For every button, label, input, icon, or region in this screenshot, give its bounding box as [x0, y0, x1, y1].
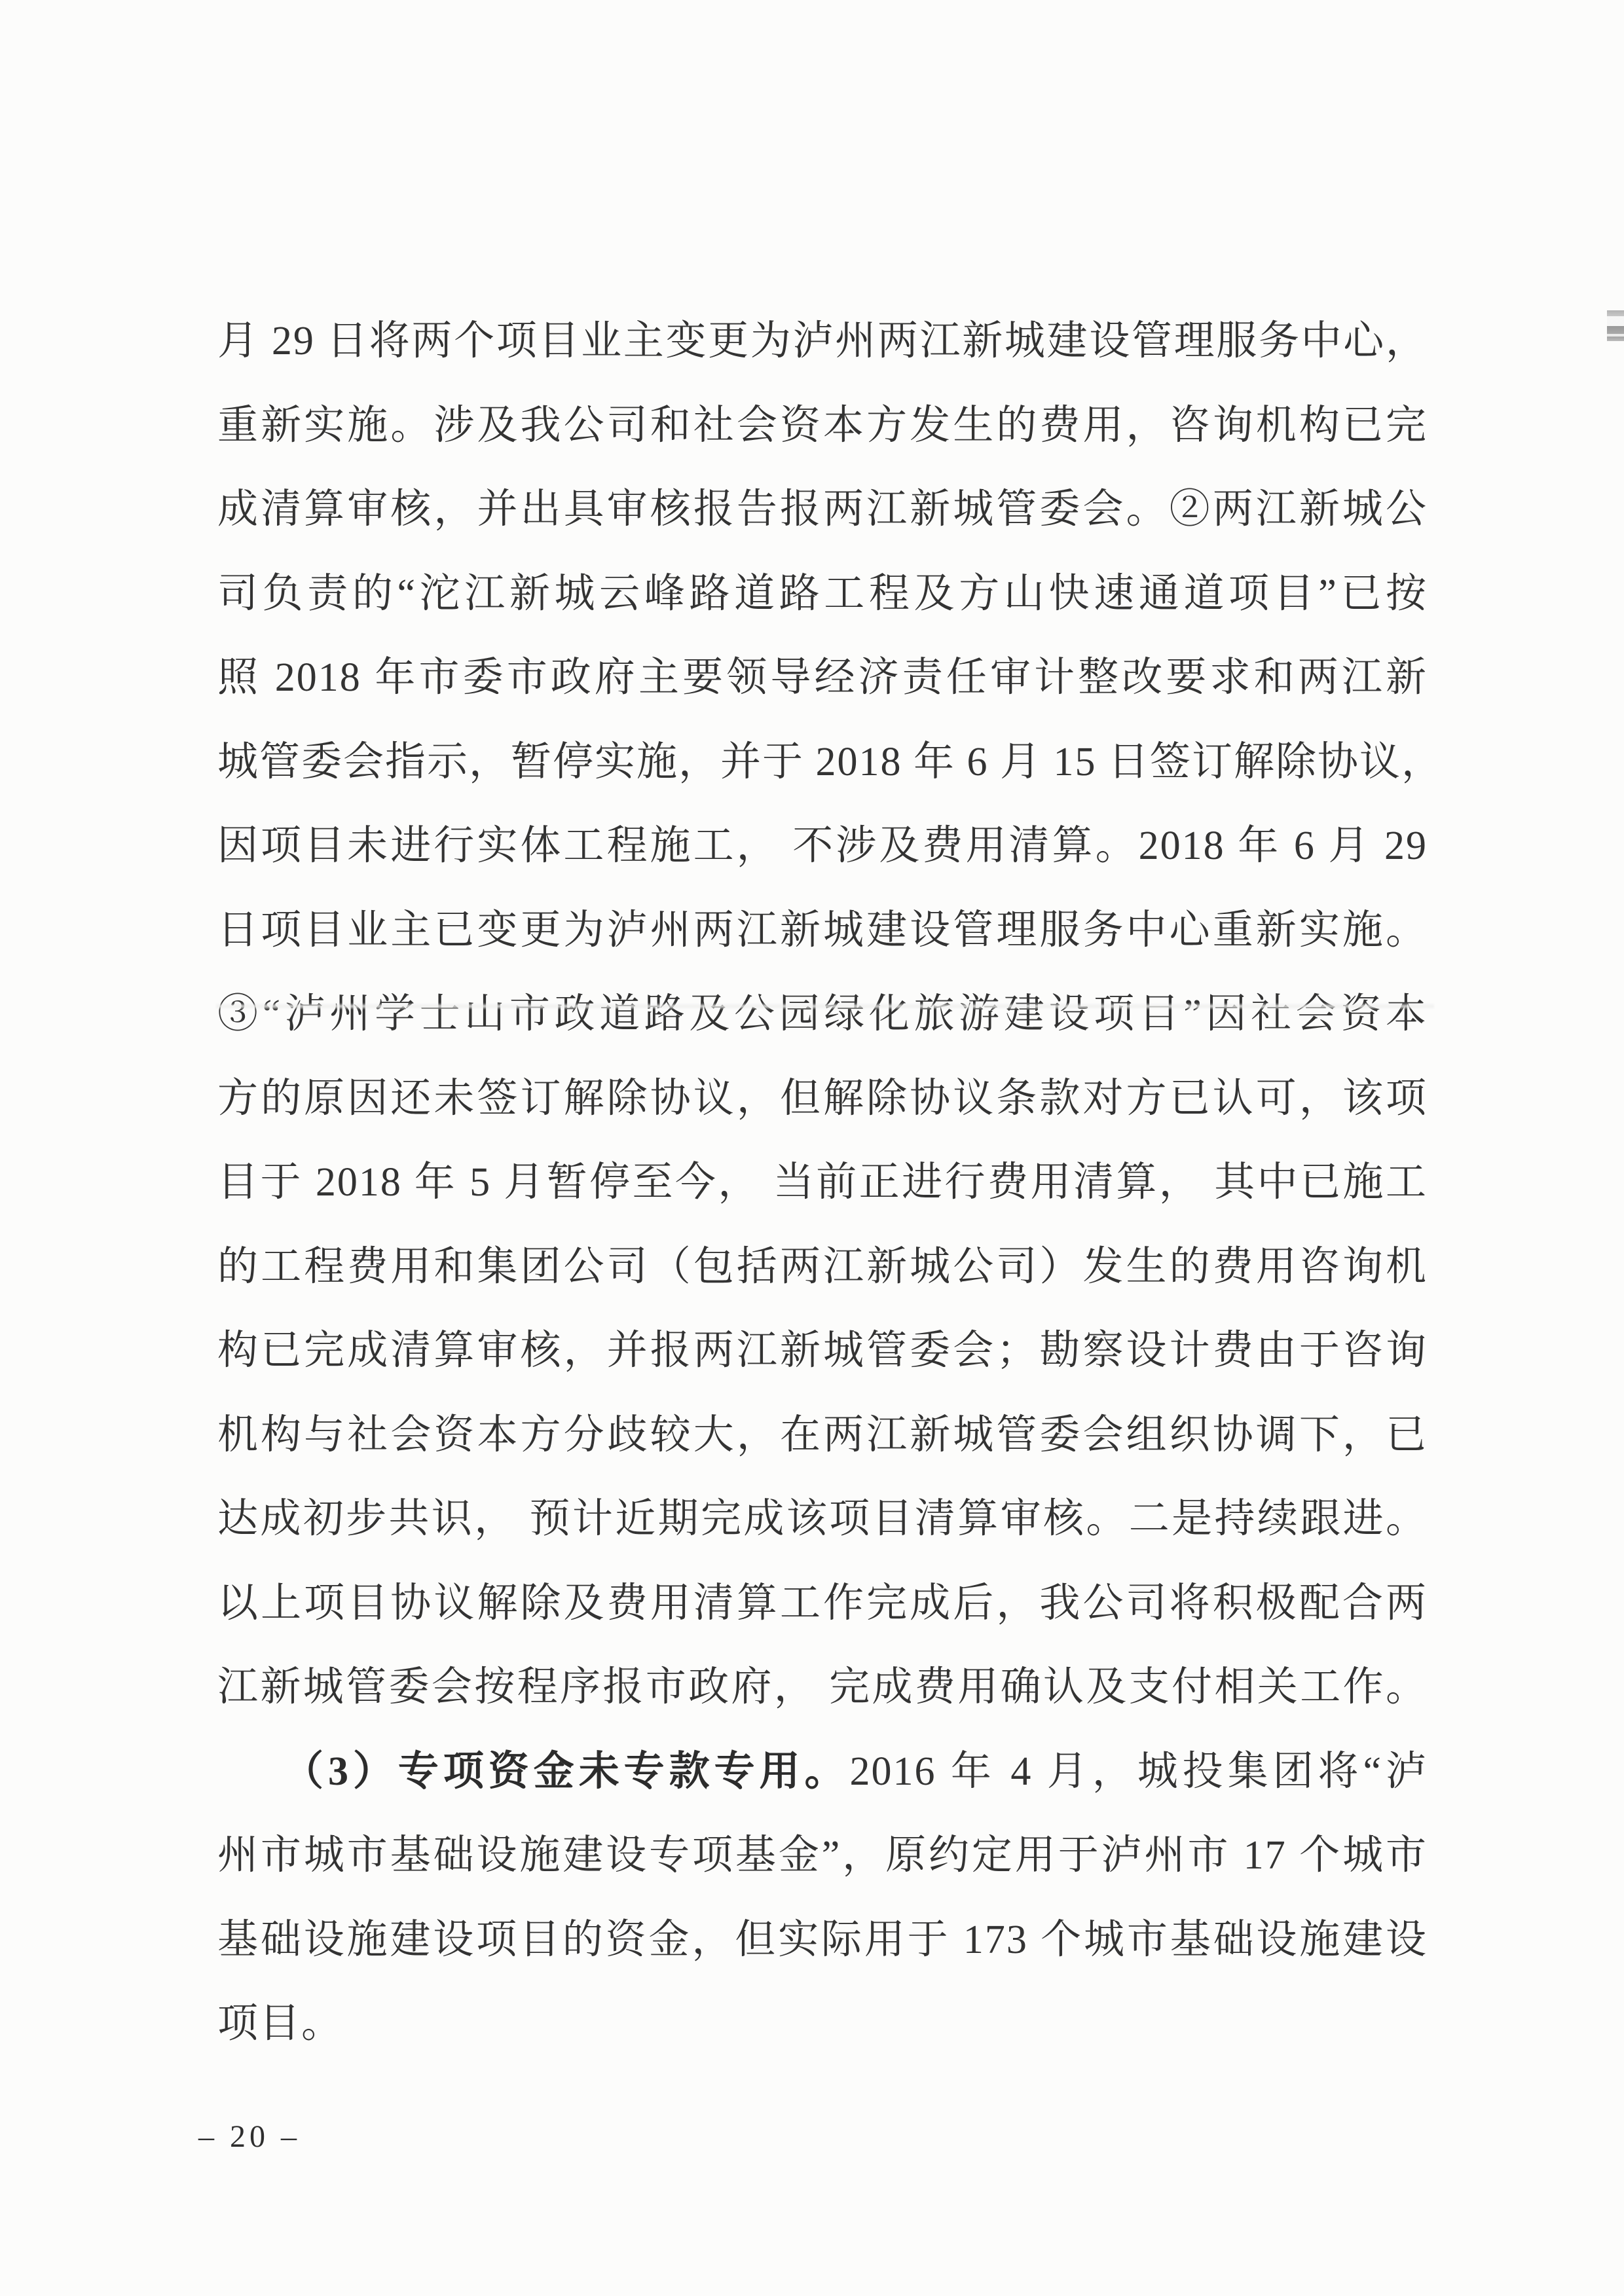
- text-line: ③“泸州学士山市政道路及公园绿化旅游建设项目”因社会资本: [217, 972, 1428, 1057]
- line-text: 州市城市基础设施建设专项基金”，原约定用于泸州市 17 个城市: [217, 1833, 1428, 1878]
- line-text: 司负责的“沱江新城云峰路道路工程及方山快速通道项目”已按: [217, 572, 1428, 616]
- text-line: 城管委会指示，暂停实施，并于 2018 年 6 月 15 日签订解除协议，: [217, 720, 1428, 805]
- text-line: 州市城市基础设施建设专项基金”，原约定用于泸州市 17 个城市: [217, 1813, 1428, 1898]
- text-line: 构已完成清算审核，并报两江新城管委会；勘察设计费由于咨询: [217, 1309, 1428, 1393]
- scanner-smudge-icon: [1607, 310, 1624, 344]
- line-text: 项目。: [217, 2001, 343, 2046]
- line-text: 机构与社会资本方分歧较大，在两江新城管委会组织协调下，已: [217, 1413, 1428, 1457]
- text-line: 机构与社会资本方分歧较大，在两江新城管委会组织协调下，已: [217, 1393, 1428, 1478]
- line-text: 照 2018 年市委市政府主要领导经济责任审计整改要求和两江新: [217, 655, 1428, 700]
- text-line: （3）专项资金未专款专用。2016 年 4 月，城投集团将“泸: [217, 1730, 1428, 1814]
- text-line: 因项目未进行实体工程施工， 不涉及费用清算。2018 年 6 月 29: [217, 804, 1428, 888]
- line-text: 因项目未进行实体工程施工， 不涉及费用清算。2018 年 6 月 29: [217, 824, 1428, 868]
- text-line: 照 2018 年市委市政府主要领导经济责任审计整改要求和两江新: [217, 636, 1428, 720]
- text-line: 司负责的“沱江新城云峰路道路工程及方山快速通道项目”已按: [217, 552, 1428, 636]
- line-text: 重新实施。涉及我公司和社会资本方发生的费用，咨询机构已完: [217, 403, 1428, 448]
- body-text: 月 29 日将两个项目业主变更为泸州两江新城建设管理服务中心，重新实施。涉及我公…: [217, 299, 1428, 2066]
- line-bold-text: （3）专项资金未专款专用。: [283, 1749, 849, 1794]
- line-text: 构已完成清算审核，并报两江新城管委会；勘察设计费由于咨询: [217, 1328, 1428, 1373]
- line-text: 目于 2018 年 5 月暂停至今， 当前正进行费用清算， 其中已施工: [217, 1160, 1428, 1205]
- text-line: 方的原因还未签订解除协议，但解除协议条款对方已认可，该项: [217, 1057, 1428, 1141]
- text-line: 达成初步共识， 预计近期完成该项目清算审核。二是持续跟进。: [217, 1477, 1428, 1561]
- page-number: – 20 –: [198, 2119, 301, 2155]
- line-text: 基础设施建设项目的资金，但实际用于 173 个城市基础设施建设: [217, 1918, 1428, 1962]
- line-text: ③“泸州学士山市政道路及公园绿化旅游建设项目”因社会资本: [217, 992, 1428, 1036]
- text-line: 日项目业主已变更为泸州两江新城建设管理服务中心重新实施。: [217, 888, 1428, 973]
- text-line: 目于 2018 年 5 月暂停至今， 当前正进行费用清算， 其中已施工: [217, 1140, 1428, 1225]
- line-text: 达成初步共识， 预计近期完成该项目清算审核。二是持续跟进。: [217, 1497, 1428, 1541]
- line-text: 成清算审核，并出具审核报告报两江新城管委会。②两江新城公: [217, 487, 1428, 532]
- scanned-document-page: 月 29 日将两个项目业主变更为泸州两江新城建设管理服务中心，重新实施。涉及我公…: [0, 0, 1624, 2296]
- line-text: 以上项目协议解除及费用清算工作完成后，我公司将积极配合两: [217, 1581, 1428, 1626]
- line-text: 日项目业主已变更为泸州两江新城建设管理服务中心重新实施。: [217, 908, 1428, 953]
- line-text: 江新城管委会按程序报市政府， 完成费用确认及支付相关工作。: [217, 1665, 1428, 1709]
- text-line: 月 29 日将两个项目业主变更为泸州两江新城建设管理服务中心，: [217, 299, 1428, 384]
- line-text: 城管委会指示，暂停实施，并于 2018 年 6 月 15 日签订解除协议，: [217, 740, 1443, 784]
- text-line: 基础设施建设项目的资金，但实际用于 173 个城市基础设施建设: [217, 1898, 1428, 1982]
- line-text: 的工程费用和集团公司（包括两江新城公司）发生的费用咨询机: [217, 1245, 1428, 1289]
- text-line: 成清算审核，并出具审核报告报两江新城管委会。②两江新城公: [217, 467, 1428, 552]
- text-line: 的工程费用和集团公司（包括两江新城公司）发生的费用咨询机: [217, 1225, 1428, 1309]
- text-line: 江新城管委会按程序报市政府， 完成费用确认及支付相关工作。: [217, 1645, 1428, 1730]
- text-line: 以上项目协议解除及费用清算工作完成后，我公司将积极配合两: [217, 1561, 1428, 1646]
- text-line: 重新实施。涉及我公司和社会资本方发生的费用，咨询机构已完: [217, 384, 1428, 468]
- text-line: 项目。: [217, 1982, 1428, 2066]
- line-text: 月 29 日将两个项目业主变更为泸州两江新城建设管理服务中心，: [217, 319, 1428, 363]
- line-text: 方的原因还未签订解除协议，但解除协议条款对方已认可，该项: [217, 1076, 1428, 1121]
- line-text: 2016 年 4 月，城投集团将“泸: [849, 1749, 1428, 1794]
